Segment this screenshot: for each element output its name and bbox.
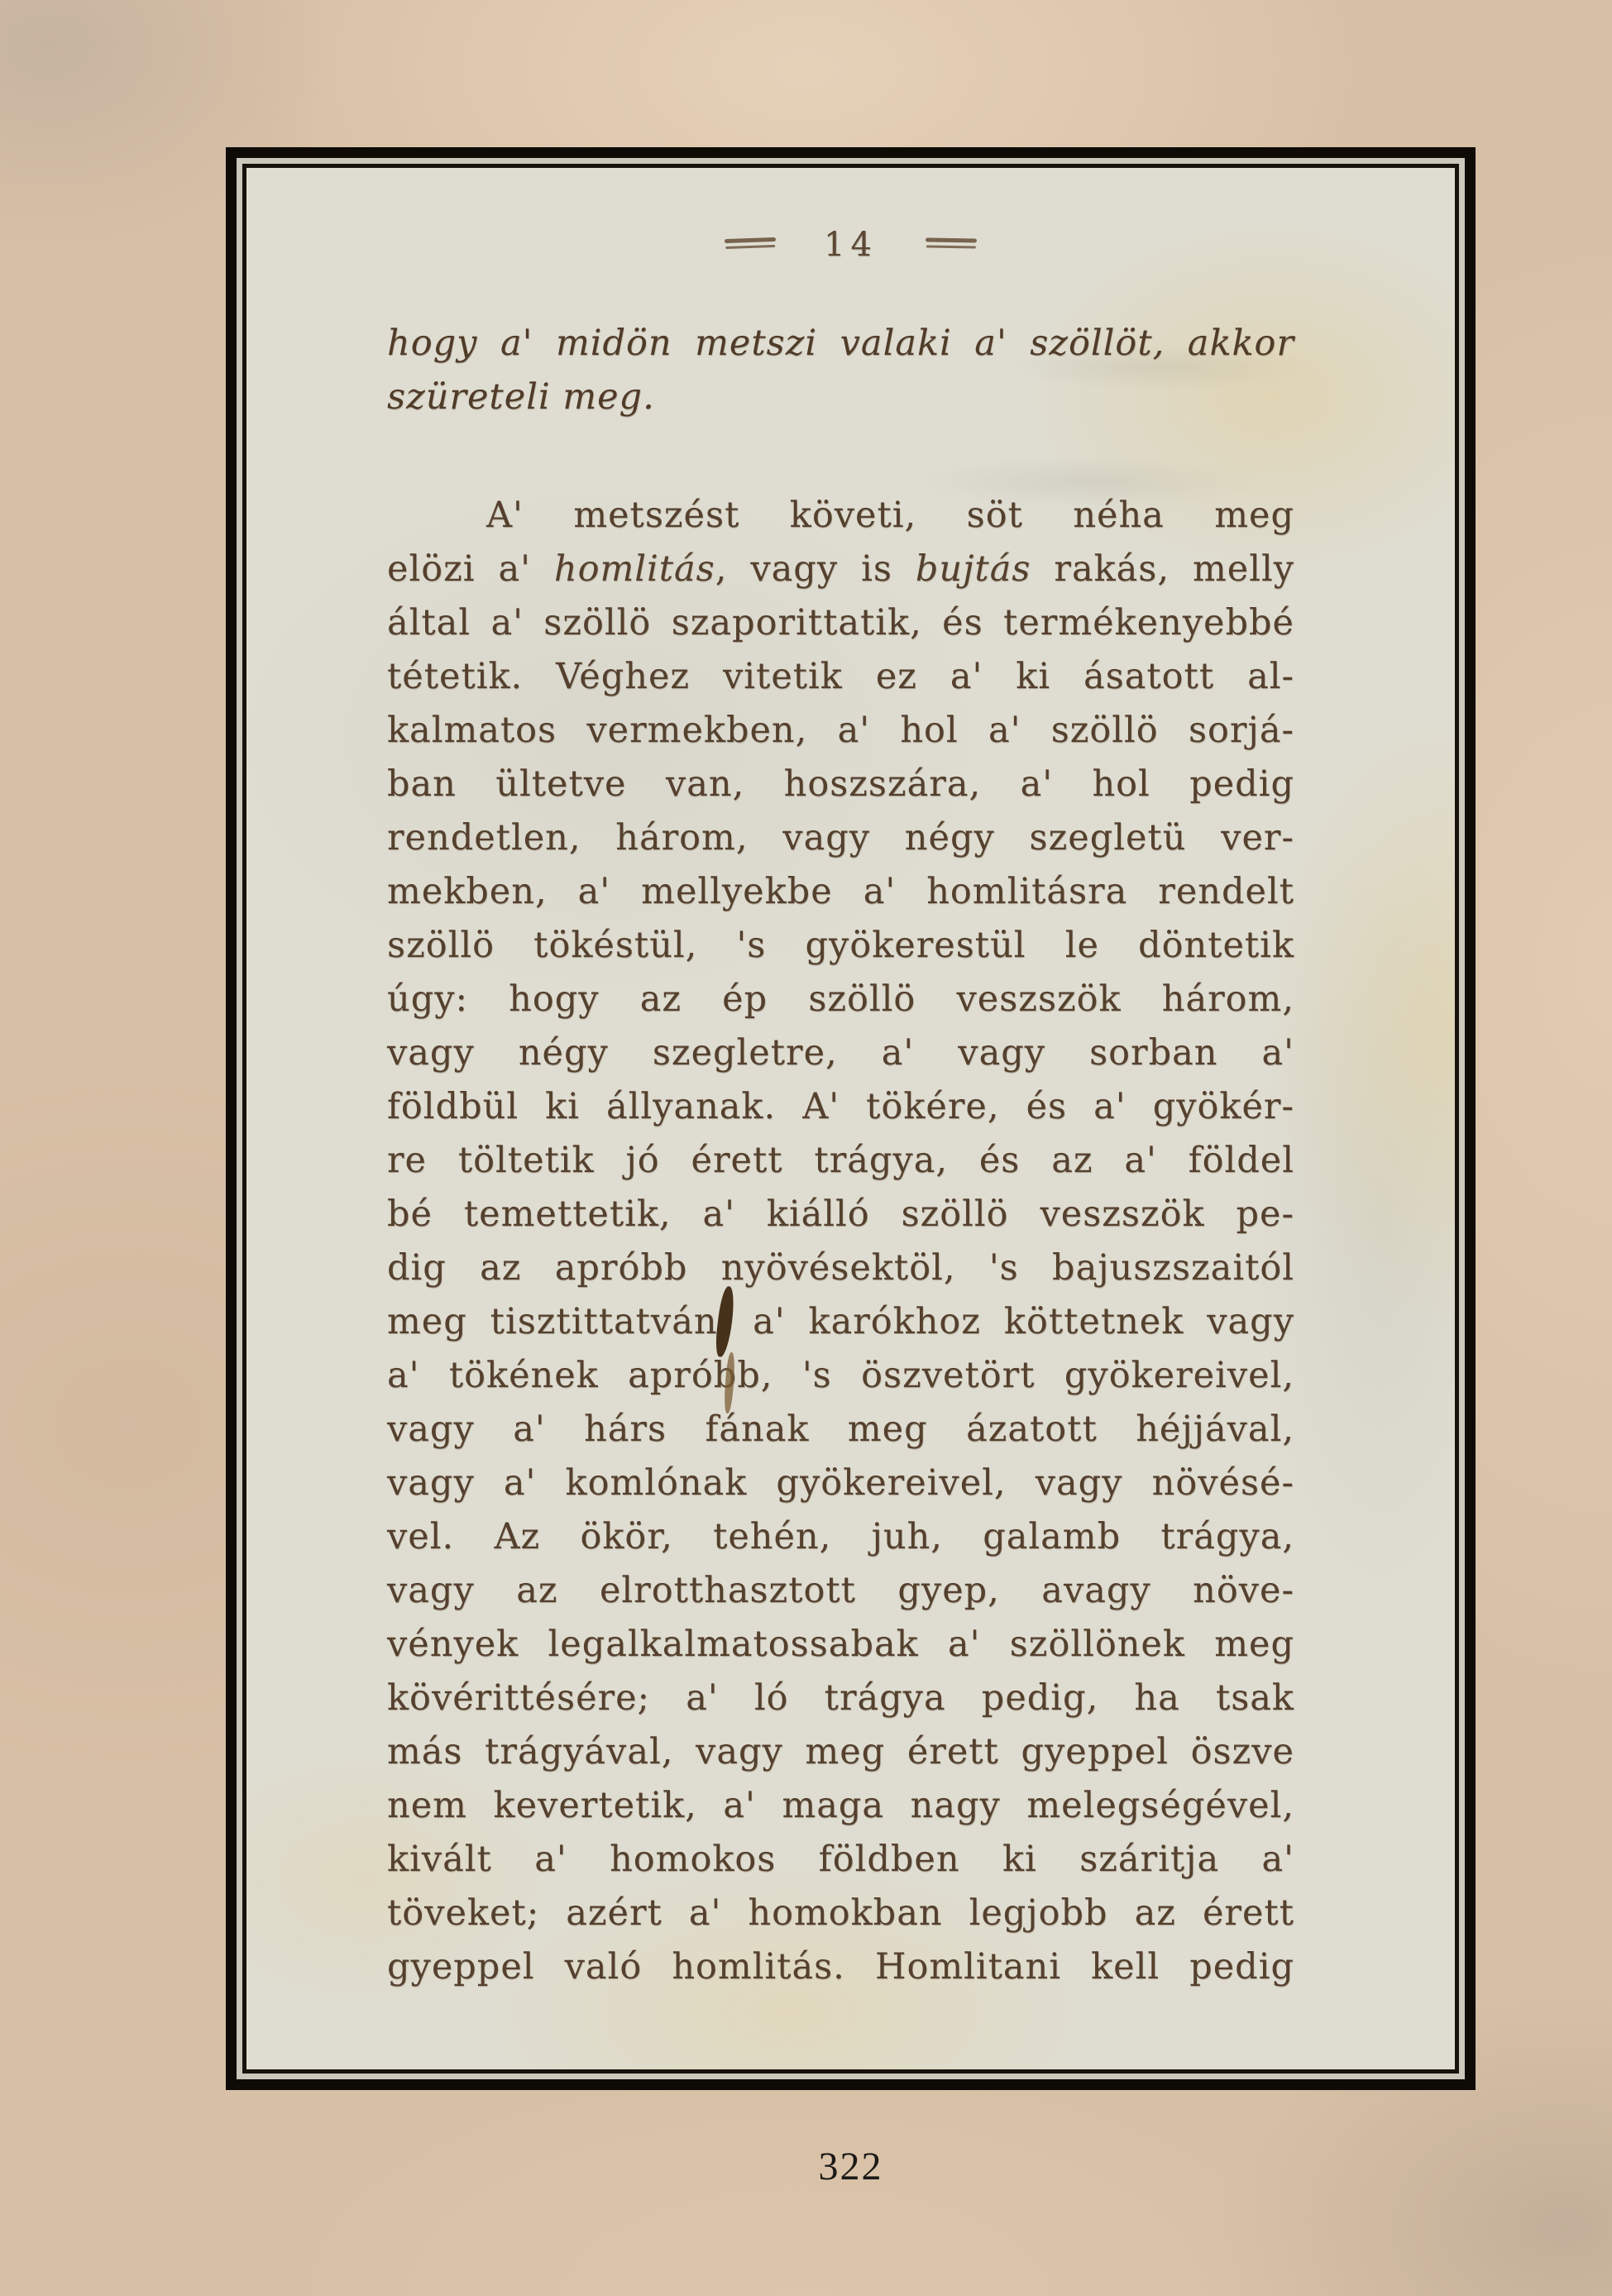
text-line: más trágyával, vagy meg érett gyeppel ös… <box>387 1725 1294 1779</box>
text-segment: tétetik. Véghez vitetik ez a' ki ásatott… <box>387 656 1294 697</box>
text-segment: vagy négy szegletre, a' vagy sorban a' <box>387 1032 1294 1074</box>
text-line: vagy négy szegletre, a' vagy sorban a' <box>387 1026 1294 1080</box>
text-segment: vagy az elrotthasztott gyep, avagy növe- <box>387 1570 1294 1611</box>
text-line: kivált a' homokos földben ki száritja a' <box>387 1833 1294 1887</box>
text-line: szüreteli meg. <box>387 371 1294 424</box>
text-line: vel. Az ökör, tehén, juh, galamb trágya, <box>387 1510 1294 1564</box>
text-segment: kivált a' homokos földben ki száritja a' <box>387 1839 1294 1880</box>
intro-paragraph: hogy a' midön metszi valaki a' szöllöt, … <box>387 317 1294 424</box>
text-segment: kalmatos vermekben, a' hol a' szöllö sor… <box>387 710 1294 751</box>
book-page: 14 hogy a' midön metszi valaki a' szöllö… <box>242 164 1459 2074</box>
text-line: vagy a' hárs fának meg ázatott héjjával, <box>387 1403 1294 1457</box>
text-segment: bé temettetik, a' kiálló szöllö veszszök… <box>387 1193 1294 1235</box>
text-line: a' tökének apróbb, 's öszvetört gyökerei… <box>387 1349 1294 1403</box>
page-header: 14 <box>246 226 1455 264</box>
text-segment: nem kevertetik, a' maga nagy melegségéve… <box>387 1785 1294 1826</box>
text-segment: , vagy is <box>715 548 916 590</box>
scan-background: { "header": { "page_number": "14" }, "fo… <box>0 0 1612 2296</box>
page-number-bottom: 322 <box>819 2145 883 2188</box>
text-line: gyeppel való homlitás. Homlitani kell pe… <box>387 1940 1294 1994</box>
page-frame: 14 hogy a' midön metszi valaki a' szöllö… <box>226 147 1476 2090</box>
text-line: szöllö tökéstül, 's gyökerestül le dönte… <box>387 919 1294 973</box>
text-segment: által a' szöllö szaporittatik, és termék… <box>387 602 1294 643</box>
text-segment: ban ültetve van, hoszszára, a' hol pedig <box>387 763 1294 805</box>
text-line: töveket; azért a' homokban legjobb az ér… <box>387 1887 1294 1940</box>
text-segment: elözi a' <box>387 548 554 590</box>
text-segment: vagy a' hárs fának meg ázatott héjjával, <box>387 1409 1294 1450</box>
italic-text-segment: bujtás <box>916 548 1031 590</box>
text-line: dig az apróbb nyövésektöl, 's bajuszszai… <box>387 1241 1294 1295</box>
italic-text-segment: homlitás <box>554 548 715 590</box>
text-line: vények legalkalmatossabak a' szöllönek m… <box>387 1618 1294 1672</box>
text-segment: rakás, melly <box>1031 548 1294 590</box>
text-line: hogy a' midön metszi valaki a' szöllöt, … <box>387 317 1294 371</box>
text-line: kövérittésére; a' ló trágya pedig, ha ts… <box>387 1672 1294 1725</box>
text-segment: dig az apróbb nyövésektöl, 's bajuszszai… <box>387 1247 1294 1289</box>
text-segment: meg tisztittatván, a' karókhoz köttetnek… <box>387 1301 1294 1342</box>
text-line: bé temettetik, a' kiálló szöllö veszszök… <box>387 1188 1294 1241</box>
text-segment: A' metszést követi, söt néha meg <box>486 495 1294 536</box>
text-segment: mekben, a' mellyekbe a' homlitásra rende… <box>387 871 1294 912</box>
text-line: úgy: hogy az ép szöllö veszszök három, <box>387 973 1294 1026</box>
text-segment: kövérittésére; a' ló trágya pedig, ha ts… <box>387 1677 1294 1719</box>
text-segment: vények legalkalmatossabak a' szöllönek m… <box>387 1624 1294 1665</box>
text-segment: más trágyával, vagy meg érett gyeppel ös… <box>387 1731 1294 1772</box>
text-segment: vel. Az ökör, tehén, juh, galamb trágya, <box>387 1516 1294 1557</box>
text-line: rendetlen, három, vagy négy szegletü ver… <box>387 811 1294 865</box>
italic-text-segment: szüreteli meg. <box>387 376 655 418</box>
header-ornament-right <box>926 237 977 242</box>
page-number-top: 14 <box>824 226 878 264</box>
header-ornament-left <box>725 237 776 242</box>
text-column: hogy a' midön metszi valaki a' szöllöt, … <box>387 317 1294 1994</box>
text-line: nem kevertetik, a' maga nagy melegségéve… <box>387 1779 1294 1833</box>
text-line: által a' szöllö szaporittatik, és termék… <box>387 596 1294 650</box>
text-segment: re töltetik jó érett trágya, és az a' fö… <box>387 1140 1294 1181</box>
text-segment: rendetlen, három, vagy négy szegletü ver… <box>387 817 1294 859</box>
text-line: földbül ki állyanak. A' tökére, és a' gy… <box>387 1080 1294 1134</box>
text-segment: gyeppel való homlitás. Homlitani kell pe… <box>387 1946 1294 1987</box>
body-paragraph: A' metszést követi, söt néha megelözi a'… <box>387 489 1294 1994</box>
text-line: re töltetik jó érett trágya, és az a' fö… <box>387 1134 1294 1188</box>
text-segment: töveket; azért a' homokban legjobb az ér… <box>387 1892 1294 1934</box>
text-line: elözi a' homlitás, vagy is bujtás rakás,… <box>387 543 1294 596</box>
text-segment: földbül ki állyanak. A' tökére, és a' gy… <box>387 1086 1294 1127</box>
text-segment: vagy a' komlónak gyökereivel, vagy növés… <box>387 1462 1294 1504</box>
text-segment: úgy: hogy az ép szöllö veszszök három, <box>387 978 1294 1020</box>
folio-footer: 322 <box>226 2144 1476 2189</box>
text-line: ban ültetve van, hoszszára, a' hol pedig <box>387 758 1294 811</box>
text-segment: szöllö tökéstül, 's gyökerestül le dönte… <box>387 925 1294 966</box>
text-line: tétetik. Véghez vitetik ez a' ki ásatott… <box>387 650 1294 704</box>
text-line: meg tisztittatván, a' karókhoz köttetnek… <box>387 1295 1294 1349</box>
italic-text-segment: hogy a' midön metszi valaki a' szöllöt, … <box>387 323 1294 364</box>
text-line: mekben, a' mellyekbe a' homlitásra rende… <box>387 865 1294 919</box>
text-line: vagy az elrotthasztott gyep, avagy növe- <box>387 1564 1294 1618</box>
text-segment: a' tökének apróbb, 's öszvetört gyökerei… <box>387 1355 1294 1396</box>
text-line: kalmatos vermekben, a' hol a' szöllö sor… <box>387 704 1294 758</box>
text-line: vagy a' komlónak gyökereivel, vagy növés… <box>387 1457 1294 1510</box>
text-line: A' metszést követi, söt néha meg <box>387 489 1294 543</box>
